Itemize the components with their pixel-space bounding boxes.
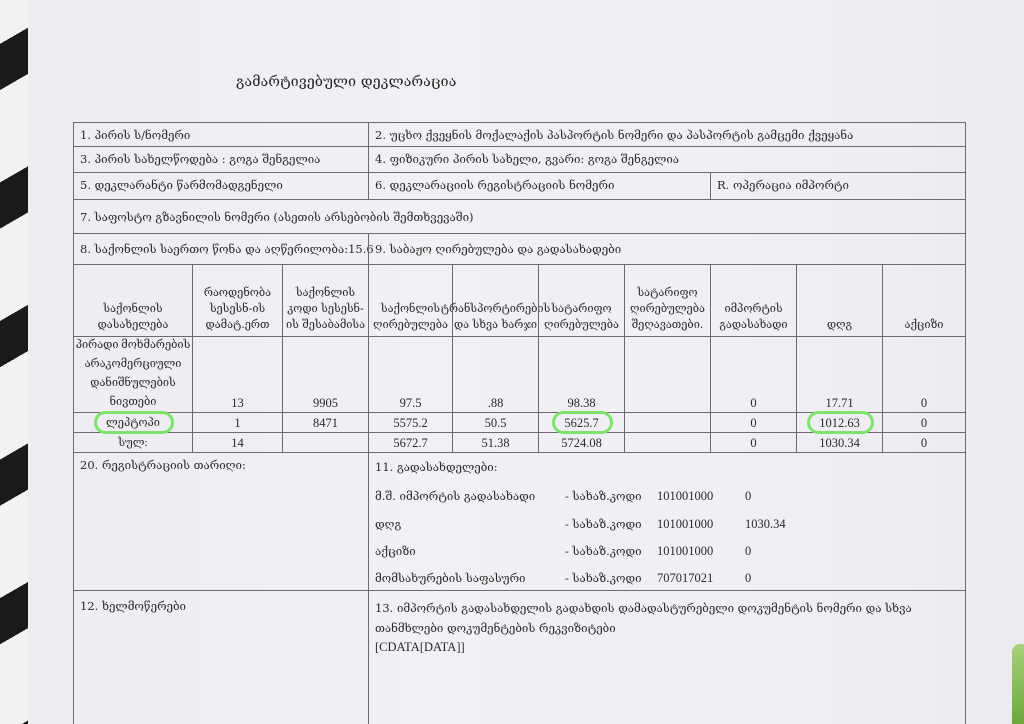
field-13-documents: 13. იმპორტის გადასახდელის გადახდის დამად… bbox=[368, 590, 966, 724]
table-row-0-vat: 17.71 bbox=[796, 336, 883, 413]
highlight-vat: 1012.63 bbox=[819, 416, 860, 430]
table-row-1-transport: 50.5 bbox=[452, 412, 539, 433]
payments-title: 11. გადასახდელები: bbox=[369, 455, 504, 479]
table-row-total-value: 5672.7 bbox=[368, 432, 453, 453]
col-header-transport: ტრანსპორტირების და სხვა ხარჯი bbox=[452, 264, 539, 337]
field-1-person-id: 1. პირის ს/ნომერი bbox=[73, 122, 369, 147]
table-row-total-vat: 1030.34 bbox=[796, 432, 883, 453]
table-row-0-name: პირადი მოხმარების არაკომერციული დანიშნულ… bbox=[73, 336, 193, 413]
table-row-total-label: სულ: bbox=[73, 432, 193, 453]
table-row-1-code: 8471 bbox=[282, 412, 369, 433]
col-header-goods-code: საქონლის კოდი სესესნ-ის შესაბამისა bbox=[282, 264, 369, 337]
table-row-total-excise: 0 bbox=[882, 432, 966, 453]
table-row-1-vat: 1012.63 bbox=[796, 412, 883, 433]
highlight-tariff-value: 5625.7 bbox=[564, 416, 598, 430]
background-green-object bbox=[1012, 644, 1024, 724]
table-row-total-code bbox=[282, 432, 369, 453]
field-8-weight: 8. საქონლის საერთო წონა და აღწერილობა:15… bbox=[73, 233, 369, 265]
field-7-postal-number: 7. საფოსტო გზავნილის ნომერი (ასეთის არსე… bbox=[73, 199, 966, 234]
document-title: გამარტივებული დეკლარაცია bbox=[236, 74, 456, 90]
col-header-excise: აქციზი bbox=[882, 264, 966, 337]
table-row-total-quantity: 14 bbox=[192, 432, 283, 453]
table-row-1-name: ლეპტოპი bbox=[73, 412, 193, 433]
field-9-customs-value: 9. საბაჟო ღირებულება და გადასახადები bbox=[368, 233, 966, 265]
field-20-registration-date: 20. რეგისტრაციის თარიღი: bbox=[73, 452, 369, 591]
col-header-quantity: რაოდენობა სესესნ-ის დამატ.ერთ bbox=[192, 264, 283, 337]
table-row-1-excise: 0 bbox=[882, 412, 966, 433]
field-11-payments: 11. გადასახდელები: მ.შ. იმპორტის გადასახ… bbox=[368, 452, 966, 591]
table-row-total-tariff-value: 5724.08 bbox=[538, 432, 625, 453]
field-12-signatures: 12. ხელმოწერები bbox=[73, 590, 369, 724]
table-row-1-tariff-value: 5625.7 bbox=[538, 412, 625, 433]
field-4-individual-name: 4. ფიზიკური პირის სახელი, გვარი: გოგა შე… bbox=[368, 146, 966, 173]
table-row-total-import-tax: 0 bbox=[710, 432, 797, 453]
table-row-0-tariff-value: 98.38 bbox=[538, 336, 625, 413]
field-13-value: [CDATA[DATA]] bbox=[369, 638, 965, 656]
field-5-declarant: 5. დეკლარანტი წარმომადგენელი bbox=[73, 172, 369, 200]
table-row-1-value: 5575.2 bbox=[368, 412, 453, 433]
table-row-0-value: 97.5 bbox=[368, 336, 453, 413]
table-row-1-import-tax: 0 bbox=[710, 412, 797, 433]
table-row-1-quantity: 1 bbox=[192, 412, 283, 433]
table-row-0-quantity: 13 bbox=[192, 336, 283, 413]
field-r-operation: R. ოპერაცია იმპორტი bbox=[710, 172, 966, 200]
col-header-goods-name: საქონლის დასახელება bbox=[73, 264, 193, 337]
table-row-total-transport: 51.38 bbox=[452, 432, 539, 453]
table-row-0-import-tax: 0 bbox=[710, 336, 797, 413]
col-header-tariff-value: სატარიფო ღირებულება bbox=[538, 264, 625, 337]
col-header-vat: დღგ bbox=[796, 264, 883, 337]
table-row-1-tariff-benefits bbox=[624, 412, 711, 433]
background-fabric bbox=[0, 0, 30, 724]
field-3-person-name: 3. პირის სახელწოდება : გოგა შენგელია bbox=[73, 146, 369, 173]
table-row-0-code: 9905 bbox=[282, 336, 369, 413]
table-row-0-tariff-benefits bbox=[624, 336, 711, 413]
table-row-0-excise: 0 bbox=[882, 336, 966, 413]
table-row-total-tariff-benefits bbox=[624, 432, 711, 453]
col-header-tariff-benefits: სატარიფო ღირებულება შეღავათები. bbox=[624, 264, 711, 337]
table-row-0-transport: .88 bbox=[452, 336, 539, 413]
field-13-label: 13. იმპორტის გადასახდელის გადახდის დამად… bbox=[369, 591, 965, 638]
highlight-laptop: ლეპტოპი bbox=[106, 416, 160, 430]
field-6-registration-number: 6. დეკლარაციის რეგისტრაციის ნომერი bbox=[368, 172, 711, 200]
col-header-import-tax: იმპორტის გადასახადი bbox=[710, 264, 797, 337]
field-2-passport: 2. უცხო ქვეყნის მოქალაქის პასპორტის ნომე… bbox=[368, 122, 966, 147]
